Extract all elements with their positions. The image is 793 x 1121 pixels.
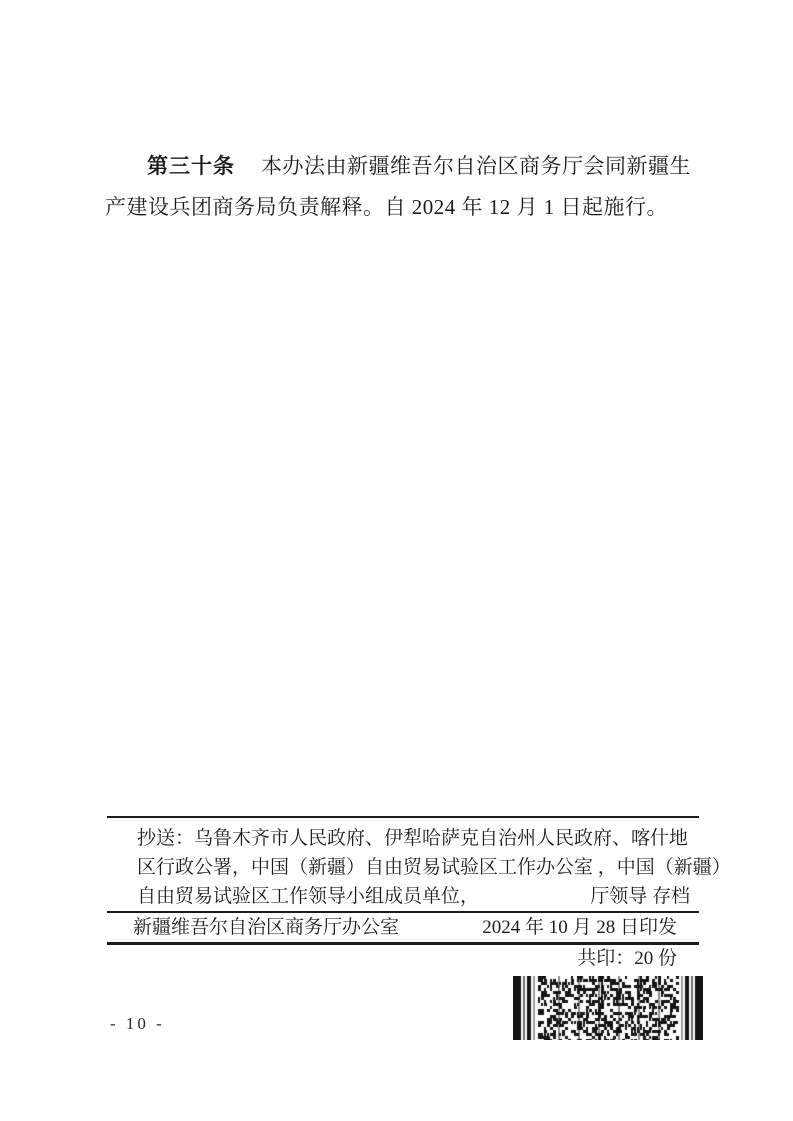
- cc-line-3-row: 自由贸易试验区工作领导小组成员单位，厅领导 存档: [137, 882, 699, 911]
- article-paragraph: 第三十条本办法由新疆维吾尔自治区商务厅会同新疆生 产建设兵团商务局负责解释。自 …: [105, 146, 705, 227]
- print-date: 2024 年 10 月 28 日印发: [482, 915, 677, 941]
- cc-line-3: 自由贸易试验区工作领导小组成员单位，: [137, 886, 479, 907]
- cc-routing-note: 厅领导 存档: [590, 882, 690, 911]
- issuer-row: 新疆维吾尔自治区商务厅办公室 2024 年 10 月 28 日印发: [133, 915, 699, 941]
- barcode-image: [513, 976, 703, 1040]
- cc-line-2: 区行政公署，中国（新疆）自由贸易试验区工作办公室 ，中国（新疆）: [137, 853, 699, 882]
- copies-count: 共印：20 份: [577, 948, 677, 970]
- document-page: 第三十条本办法由新疆维吾尔自治区商务厅会同新疆生 产建设兵团商务局负责解释。自 …: [0, 0, 793, 1121]
- issuing-office: 新疆维吾尔自治区商务厅办公室: [133, 915, 399, 941]
- article-text-line1: 本办法由新疆维吾尔自治区商务厅会同新疆生: [261, 154, 691, 178]
- page-number: - 10 -: [110, 1014, 165, 1034]
- divider-line-top: [107, 816, 699, 818]
- article-line-1: 第三十条本办法由新疆维吾尔自治区商务厅会同新疆生: [105, 146, 705, 187]
- cc-routing-block: 抄送：乌鲁木齐市人民政府、伊犁哈萨克自治州人民政府、喀什地 区行政公署，中国（新…: [137, 824, 699, 911]
- divider-line-bottom: [107, 942, 699, 945]
- divider-line-middle: [107, 911, 699, 913]
- cc-line-1: 抄送：乌鲁木齐市人民政府、伊犁哈萨克自治州人民政府、喀什地: [137, 824, 699, 853]
- article-number: 第三十条: [147, 155, 235, 178]
- pdf417-barcode-icon: [513, 976, 703, 1040]
- article-text-line2: 产建设兵团商务局负责解释。自 2024 年 12 月 1 日起施行。: [105, 187, 705, 227]
